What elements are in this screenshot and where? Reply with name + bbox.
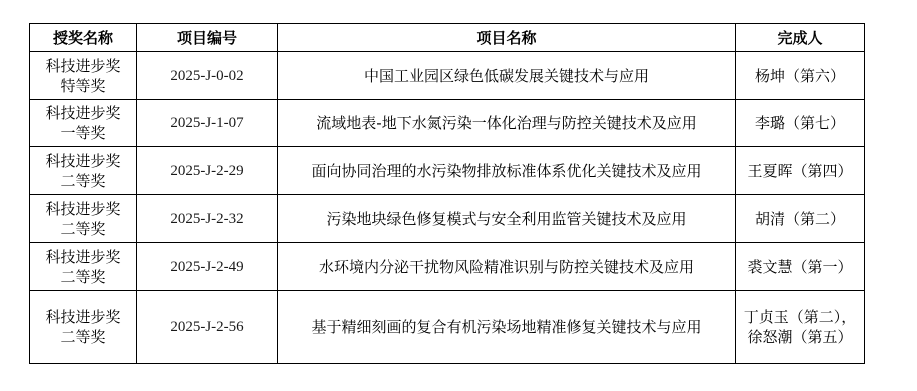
award-level: 二等奖: [34, 219, 132, 239]
header-project-name: 项目名称: [278, 24, 736, 52]
table-row: 科技进步奖 特等奖 2025-J-0-02 中国工业园区绿色低碳发展关键技术与应…: [30, 52, 865, 100]
award-level: 特等奖: [34, 76, 132, 96]
award-cell: 科技进步奖 二等奖: [30, 195, 137, 243]
award-category: 科技进步奖: [34, 151, 132, 171]
award-level: 一等奖: [34, 123, 132, 143]
award-cell: 科技进步奖 特等奖: [30, 52, 137, 100]
header-project-code: 项目编号: [137, 24, 278, 52]
completer-cell: 裘文慧（第一）: [736, 243, 865, 291]
project-code-cell: 2025-J-2-49: [137, 243, 278, 291]
award-level: 二等奖: [34, 171, 132, 191]
completer-cell: 胡清（第二）: [736, 195, 865, 243]
award-cell: 科技进步奖 二等奖: [30, 243, 137, 291]
award-cell: 科技进步奖 一等奖: [30, 100, 137, 147]
completer-cell: 李璐（第七）: [736, 100, 865, 147]
award-cell: 科技进步奖 二等奖: [30, 147, 137, 195]
table-row: 科技进步奖 二等奖 2025-J-2-29 面向协同治理的水污染物排放标准体系优…: [30, 147, 865, 195]
award-category: 科技进步奖: [34, 307, 132, 327]
award-category: 科技进步奖: [34, 199, 132, 219]
award-cell: 科技进步奖 二等奖: [30, 291, 137, 364]
project-code-cell: 2025-J-1-07: [137, 100, 278, 147]
project-name-cell: 基于精细刻画的复合有机污染场地精准修复关键技术与应用: [278, 291, 736, 364]
table-row: 科技进步奖 二等奖 2025-J-2-49 水环境内分泌干扰物风险精准识别与防控…: [30, 243, 865, 291]
completer-cell: 杨坤（第六）: [736, 52, 865, 100]
award-category: 科技进步奖: [34, 103, 132, 123]
awards-table: 授奖名称 项目编号 项目名称 完成人 科技进步奖 特等奖 2025-J-0-02…: [29, 23, 865, 364]
project-name-cell: 流域地表-地下水氮污染一体化治理与防控关键技术及应用: [278, 100, 736, 147]
project-name-cell: 中国工业园区绿色低碳发展关键技术与应用: [278, 52, 736, 100]
project-name-cell: 污染地块绿色修复模式与安全利用监管关键技术及应用: [278, 195, 736, 243]
project-code-cell: 2025-J-2-29: [137, 147, 278, 195]
table-header-row: 授奖名称 项目编号 项目名称 完成人: [30, 24, 865, 52]
project-name-cell: 面向协同治理的水污染物排放标准体系优化关键技术及应用: [278, 147, 736, 195]
header-award-name: 授奖名称: [30, 24, 137, 52]
project-code-cell: 2025-J-2-56: [137, 291, 278, 364]
award-level: 二等奖: [34, 327, 132, 347]
header-completer: 完成人: [736, 24, 865, 52]
completer-cell: 丁贞玉（第二），徐怒潮（第五）: [736, 291, 865, 364]
completer-cell: 王夏晖（第四）: [736, 147, 865, 195]
table-row: 科技进步奖 二等奖 2025-J-2-56 基于精细刻画的复合有机污染场地精准修…: [30, 291, 865, 364]
award-category: 科技进步奖: [34, 56, 132, 76]
award-category: 科技进步奖: [34, 247, 132, 267]
table-row: 科技进步奖 二等奖 2025-J-2-32 污染地块绿色修复模式与安全利用监管关…: [30, 195, 865, 243]
table-row: 科技进步奖 一等奖 2025-J-1-07 流域地表-地下水氮污染一体化治理与防…: [30, 100, 865, 147]
project-name-cell: 水环境内分泌干扰物风险精准识别与防控关键技术及应用: [278, 243, 736, 291]
project-code-cell: 2025-J-0-02: [137, 52, 278, 100]
award-level: 二等奖: [34, 267, 132, 287]
project-code-cell: 2025-J-2-32: [137, 195, 278, 243]
